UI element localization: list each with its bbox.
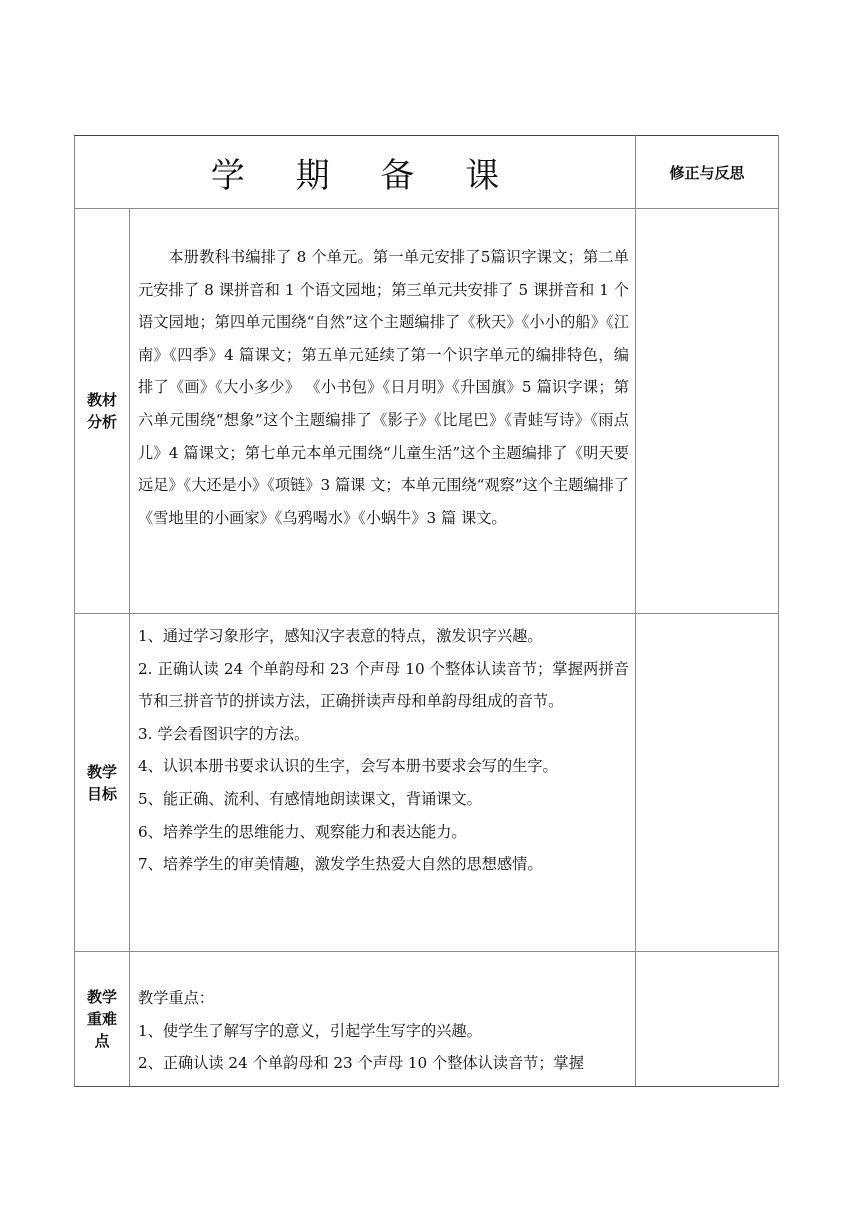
goal-item: 4、认识本册书要求认识的生字，会写本册书要求会写的生字。 bbox=[138, 750, 629, 783]
header-row: 学 期 备 课 修正与反思 bbox=[75, 136, 779, 209]
goals-label-line1: 教学 bbox=[75, 761, 129, 783]
goals-label: 教学 目标 bbox=[75, 614, 130, 952]
goal-item: 1、通过学习象形字，感知汉字表意的特点，激发识字兴趣。 bbox=[138, 620, 629, 653]
key-point-item: 2、正确认读 24 个单韵母和 23 个声母 10 个整体认读音节；掌握 bbox=[138, 1047, 629, 1080]
page-title: 学 期 备 课 bbox=[75, 136, 636, 209]
key-points-label-line1: 教学 bbox=[75, 986, 129, 1008]
key-points-list: 教学重点： 1、使学生了解写字的意义，引起学生写字的兴趣。 2、正确认读 24 … bbox=[138, 952, 629, 1080]
key-points-label-line2: 重难 bbox=[75, 1008, 129, 1030]
goal-item: 6、培养学生的思维能力、观察能力和表达能力。 bbox=[138, 816, 629, 849]
analysis-row: 教材 分析 本册教科书编排了 8 个单元。第一单元安排了5篇识字课文；第二单元安… bbox=[75, 209, 779, 614]
analysis-label: 教材 分析 bbox=[75, 209, 130, 614]
goals-label-line2: 目标 bbox=[75, 783, 129, 805]
goal-item: 7、培养学生的审美情趣，激发学生热爱大自然的思想感情。 bbox=[138, 848, 629, 881]
goal-item: 3. 学会看图识字的方法。 bbox=[138, 718, 629, 751]
analysis-content: 本册教科书编排了 8 个单元。第一单元安排了5篇识字课文；第二单元安排了 8 课… bbox=[130, 209, 636, 614]
key-points-label: 教学 重难 点 bbox=[75, 952, 130, 1087]
key-points-label-line3: 点 bbox=[75, 1030, 129, 1052]
key-points-row: 教学 重难 点 教学重点： 1、使学生了解写字的意义，引起学生写字的兴趣。 2、… bbox=[75, 952, 779, 1087]
key-points-revision-cell[interactable] bbox=[636, 952, 779, 1087]
goal-item: 2. 正确认读 24 个单韵母和 23 个声母 10 个整体认读音节；掌握两拼音… bbox=[138, 653, 629, 718]
goals-revision-cell[interactable] bbox=[636, 614, 779, 952]
key-points-content: 教学重点： 1、使学生了解写字的意义，引起学生写字的兴趣。 2、正确认读 24 … bbox=[130, 952, 636, 1087]
goals-row: 教学 目标 1、通过学习象形字，感知汉字表意的特点，激发识字兴趣。 2. 正确认… bbox=[75, 614, 779, 952]
analysis-text: 本册教科书编排了 8 个单元。第一单元安排了5篇识字课文；第二单元安排了 8 课… bbox=[138, 241, 629, 534]
goals-list: 1、通过学习象形字，感知汉字表意的特点，激发识字兴趣。 2. 正确认读 24 个… bbox=[138, 614, 629, 881]
revision-column-header: 修正与反思 bbox=[636, 136, 779, 209]
analysis-label-line2: 分析 bbox=[75, 411, 129, 433]
key-point-item: 1、使学生了解写字的意义，引起学生写字的兴趣。 bbox=[138, 1015, 629, 1048]
analysis-label-line1: 教材 bbox=[75, 389, 129, 411]
goals-content: 1、通过学习象形字，感知汉字表意的特点，激发识字兴趣。 2. 正确认读 24 个… bbox=[130, 614, 636, 952]
lesson-plan-table: 学 期 备 课 修正与反思 教材 分析 本册教科书编排了 8 个单元。第一单元安… bbox=[74, 135, 779, 1087]
analysis-revision-cell[interactable] bbox=[636, 209, 779, 614]
key-points-heading: 教学重点： bbox=[138, 982, 629, 1015]
goal-item: 5、能正确、流利、有感情地朗读课文，背诵课文。 bbox=[138, 783, 629, 816]
